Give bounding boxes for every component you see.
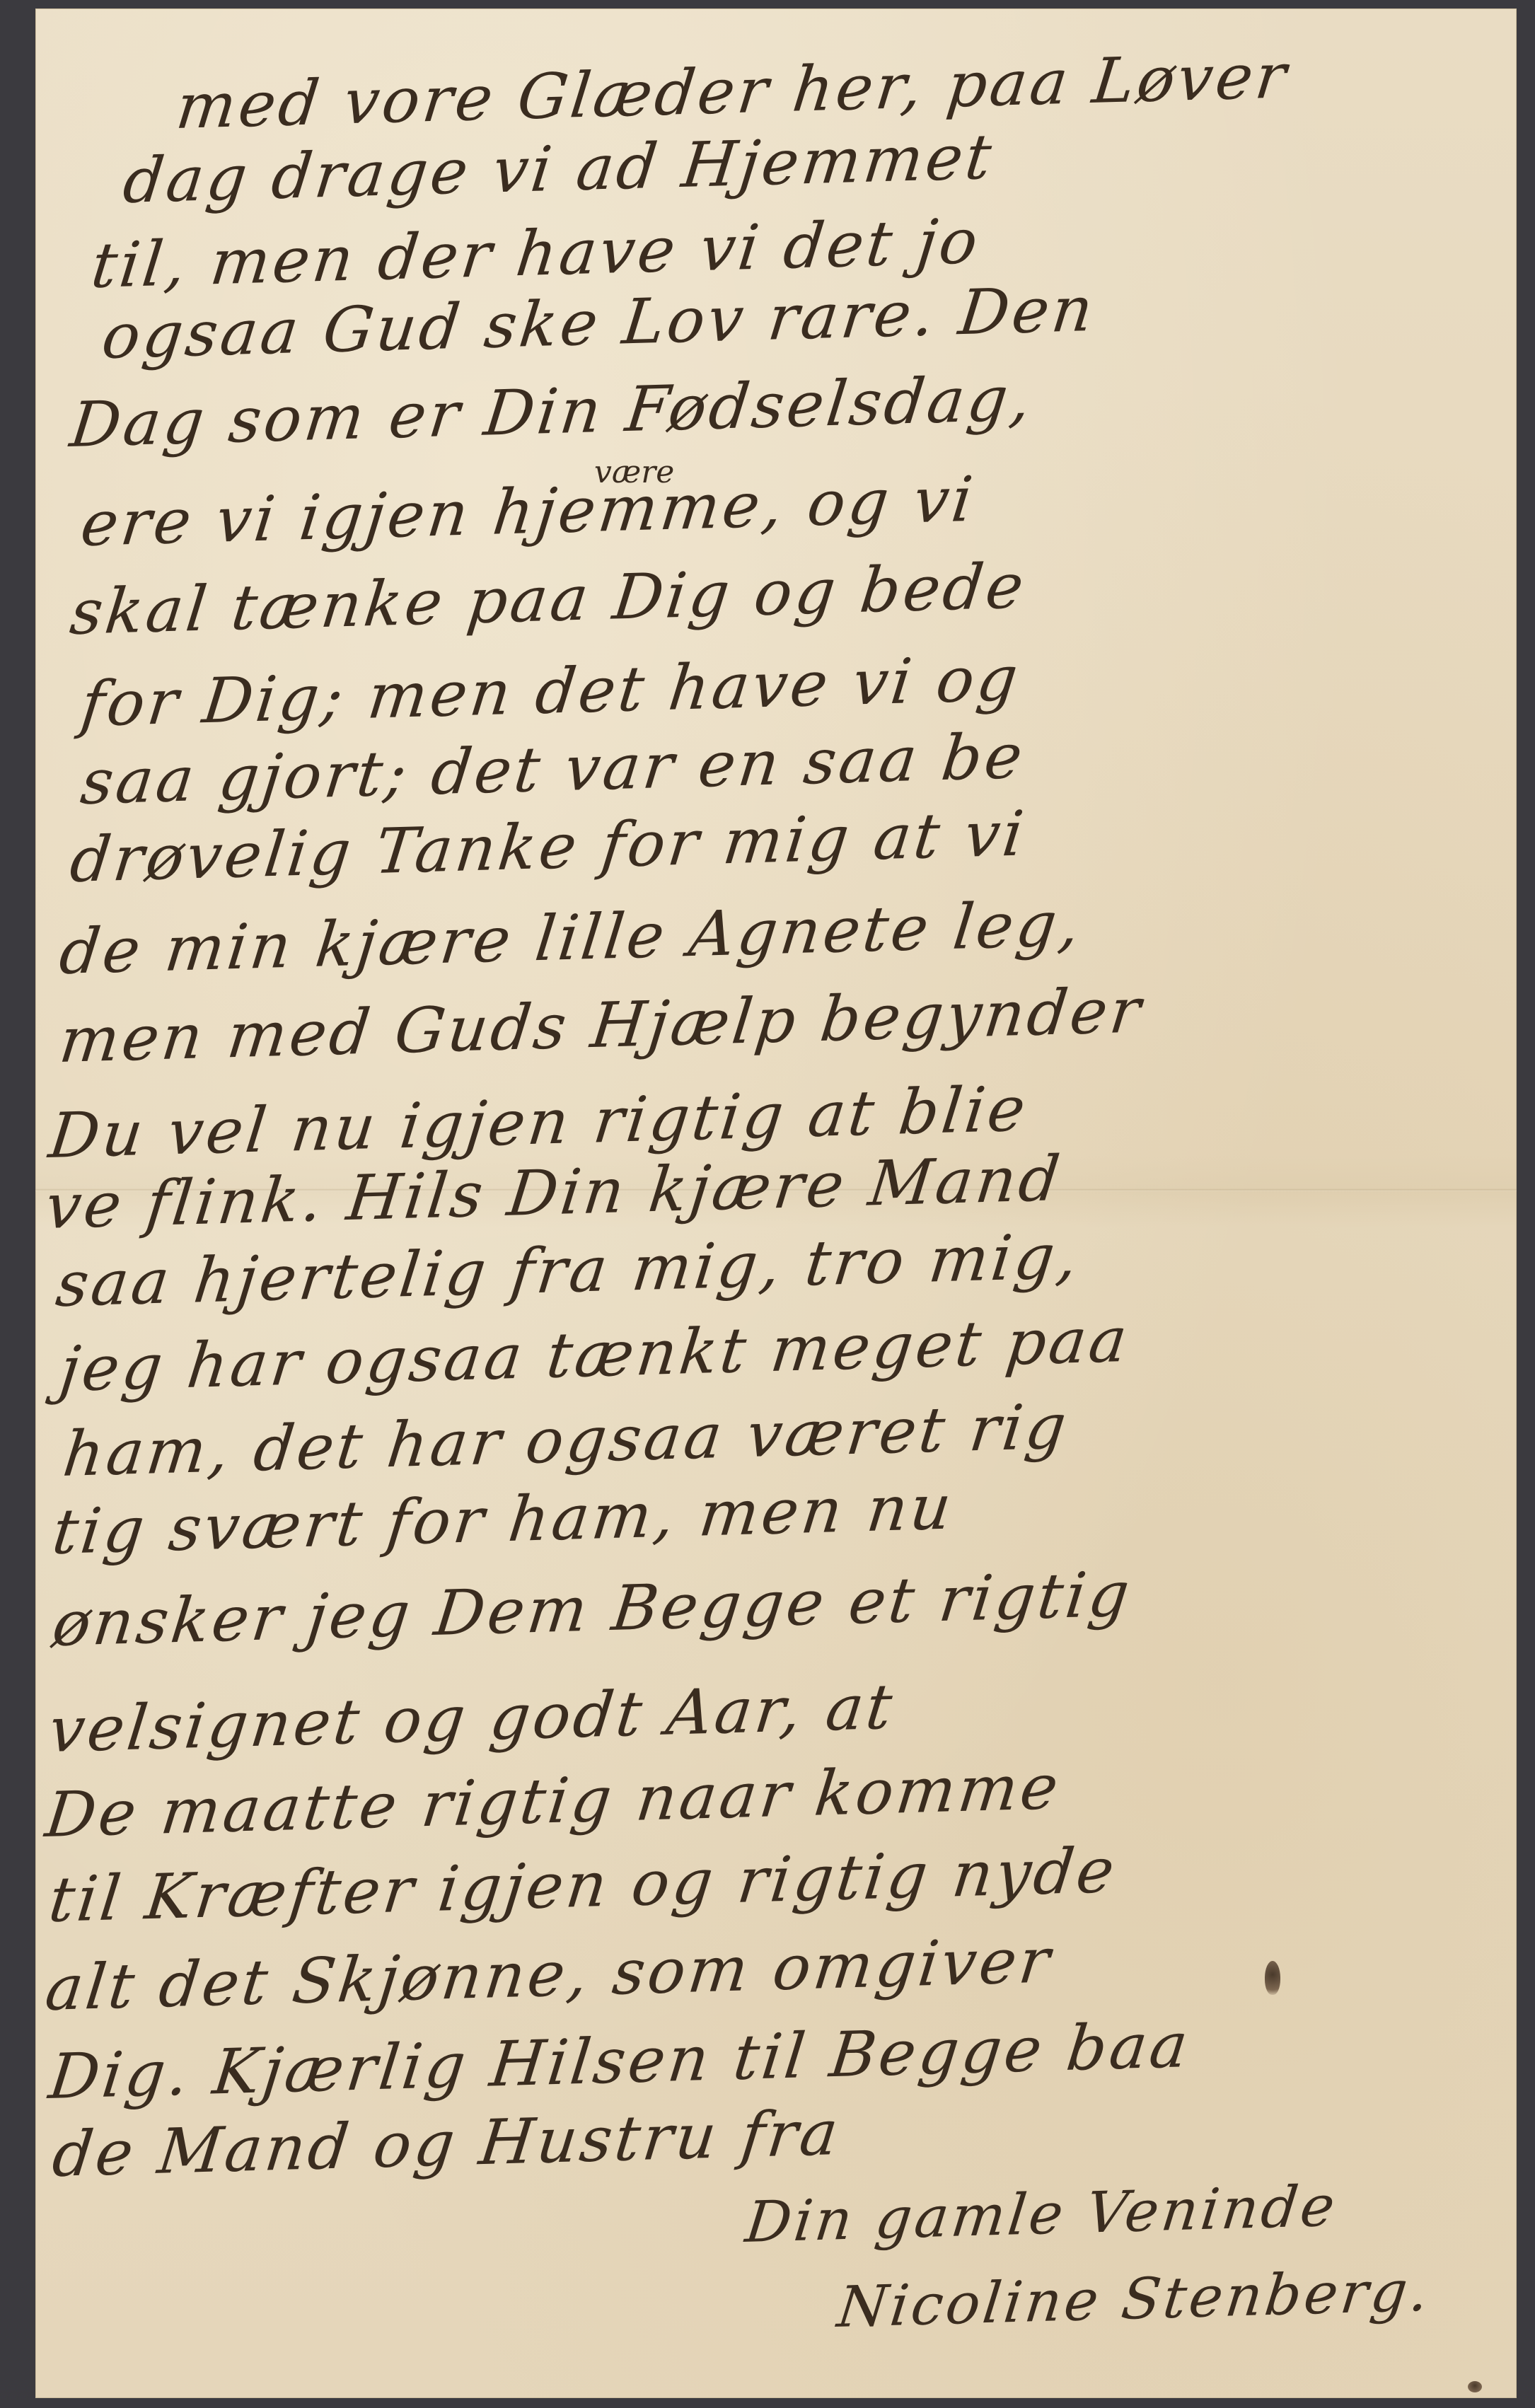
letter-line-21: De maatte rigtig naar komme — [42, 1756, 1064, 1846]
letter-line-5: Dag som er Din Fødselsdag, — [67, 367, 1036, 456]
letter-page: med vore Glæder her, paa Løver dag drage… — [35, 8, 1517, 2398]
letter-line-6: ere vi igjen hjemme, og vi — [78, 468, 978, 555]
letter-line-8: for Dig; men det have vi og — [78, 647, 1024, 736]
ink-blot-mark — [1265, 1961, 1280, 1995]
letter-line-24: Dig. Kjærlig Hilsen til Begge baa — [46, 2014, 1193, 2108]
letter-signature: Nicoline Stenberg. — [835, 2263, 1434, 2336]
ink-blot-mark — [1468, 2381, 1482, 2392]
letter-line-22: til Kræfter igjen og rigtig nyde — [46, 1839, 1120, 1931]
letter-line-23: alt det Skjønne, som omgiver — [42, 1929, 1055, 2020]
letter-line-7: skal tænke paa Dig og bede — [67, 555, 1029, 644]
letter-line-19: ønsker jeg Dem Begge et rigtig — [50, 1563, 1135, 1655]
letter-line-18: tig svært for ham, men nu — [50, 1476, 957, 1563]
letter-line-1: med vore Glæder her, paa Løver — [173, 45, 1292, 138]
letter-line-12: men med Guds Hjælp begynder — [57, 979, 1147, 1072]
letter-line-16: jeg har ogsaa tænkt meget paa — [57, 1309, 1133, 1401]
letter-line-25: de Mand og Hustru fra — [50, 2102, 844, 2186]
letter-line-10: drøvelig Tanke for mig at vi — [67, 802, 1029, 891]
letter-line-15: saa hjertelig fra mig, tro mig, — [53, 1225, 1083, 1316]
letter-line-20: velsignet og godt Aar, at — [46, 1676, 898, 1761]
letter-closing: Din gamle Veninde — [743, 2178, 1340, 2251]
letter-line-11: de min kjære lille Agnete leg, — [57, 893, 1085, 983]
